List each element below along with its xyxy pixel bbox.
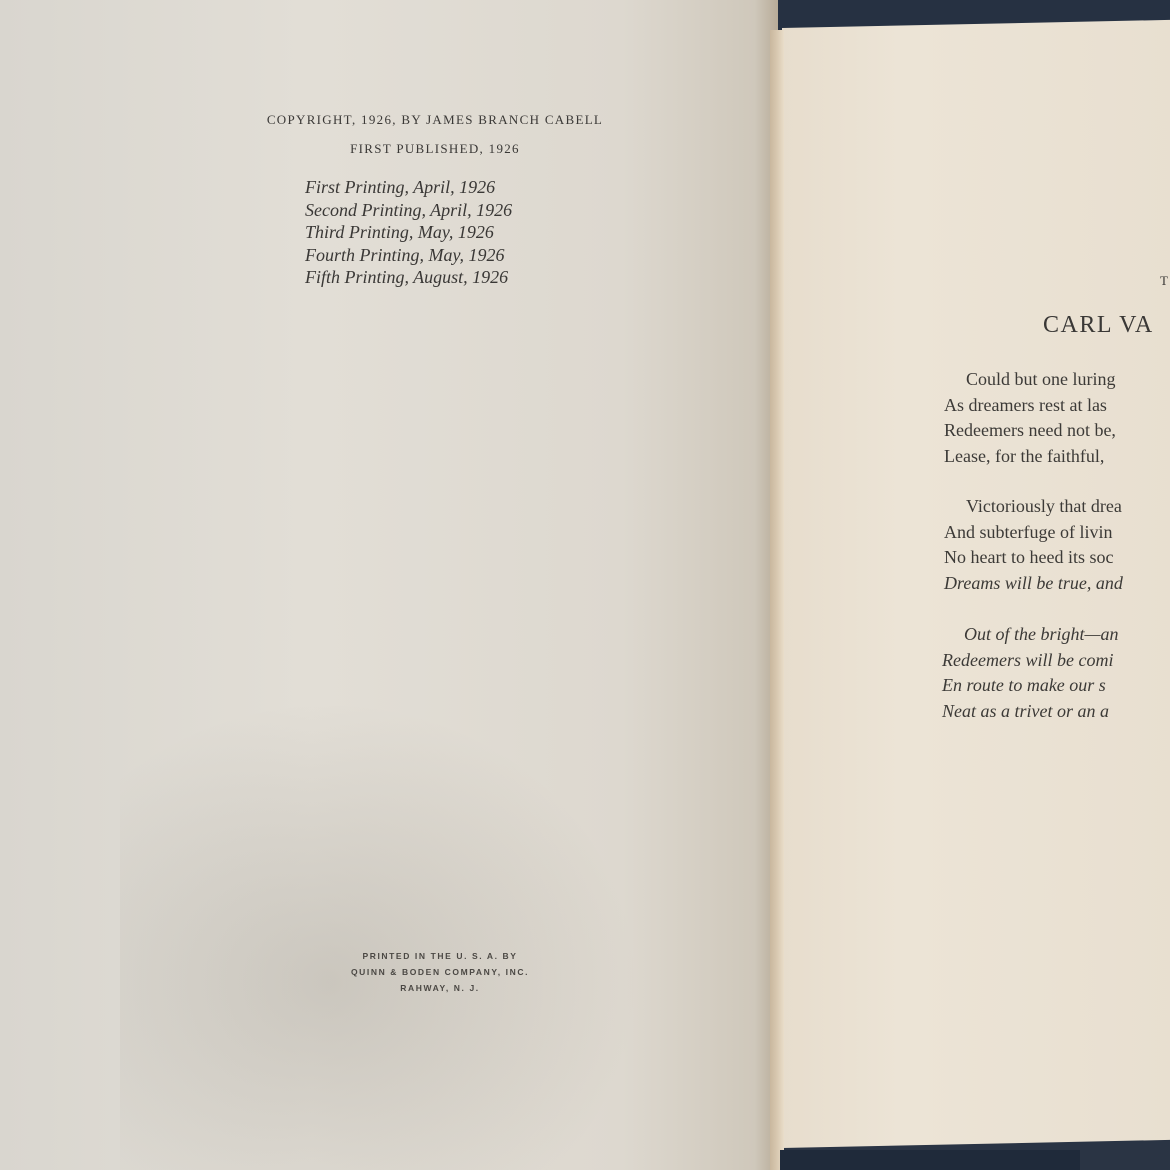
right-page-text-clip: T CARL VA Could but one luring As dreame… — [930, 0, 1170, 1170]
poem-line: Neat as a trivet or an a — [942, 699, 1119, 725]
poem-line: Dreams will be true, and — [944, 571, 1123, 597]
printing-line: Fifth Printing, August, 1926 — [305, 266, 512, 289]
poem-line: Victoriously that drea — [944, 494, 1123, 520]
copyright-line: COPYRIGHT, 1926, BY JAMES BRANCH CABELL — [200, 112, 670, 128]
poem-stanza-1: Could but one luring As dreamers rest at… — [944, 367, 1116, 469]
book-gutter — [770, 30, 784, 1170]
poem-line: No heart to heed its soc — [944, 545, 1123, 571]
poem-line: And subterfuge of livin — [944, 520, 1123, 546]
printer-line: PRINTED IN THE U. S. A. BY — [300, 948, 580, 964]
poem-line: As dreamers rest at las — [944, 393, 1116, 419]
poem-stanza-3: Out of the bright—an Redeemers will be c… — [942, 622, 1119, 724]
poem-line: Redeemers will be comi — [942, 648, 1119, 674]
poem-line: Could but one luring — [944, 367, 1116, 393]
poem-stanza-2: Victoriously that drea And subterfuge of… — [944, 494, 1123, 596]
printing-line: Fourth Printing, May, 1926 — [305, 244, 512, 267]
dedication-heading: T — [1160, 273, 1168, 289]
poem-line: Lease, for the faithful, — [944, 444, 1116, 470]
printer-imprint: PRINTED IN THE U. S. A. BY QUINN & BODEN… — [300, 948, 580, 996]
copyright-block: COPYRIGHT, 1926, BY JAMES BRANCH CABELL … — [200, 112, 670, 169]
first-published-line: FIRST PUBLISHED, 1926 — [200, 141, 670, 157]
printing-line: Second Printing, April, 1926 — [305, 199, 512, 222]
dedication-name: CARL VA — [1043, 312, 1154, 339]
printings-list: First Printing, April, 1926 Second Print… — [305, 176, 512, 289]
printing-line: Third Printing, May, 1926 — [305, 221, 512, 244]
hand-shadow — [120, 700, 640, 1170]
poem-line: Out of the bright—an — [942, 622, 1119, 648]
printer-line: RAHWAY, N. J. — [300, 980, 580, 996]
poem-line: Redeemers need not be, — [944, 418, 1116, 444]
printer-line: QUINN & BODEN COMPANY, INC. — [300, 964, 580, 980]
printing-line: First Printing, April, 1926 — [305, 176, 512, 199]
poem-line: En route to make our s — [942, 673, 1119, 699]
